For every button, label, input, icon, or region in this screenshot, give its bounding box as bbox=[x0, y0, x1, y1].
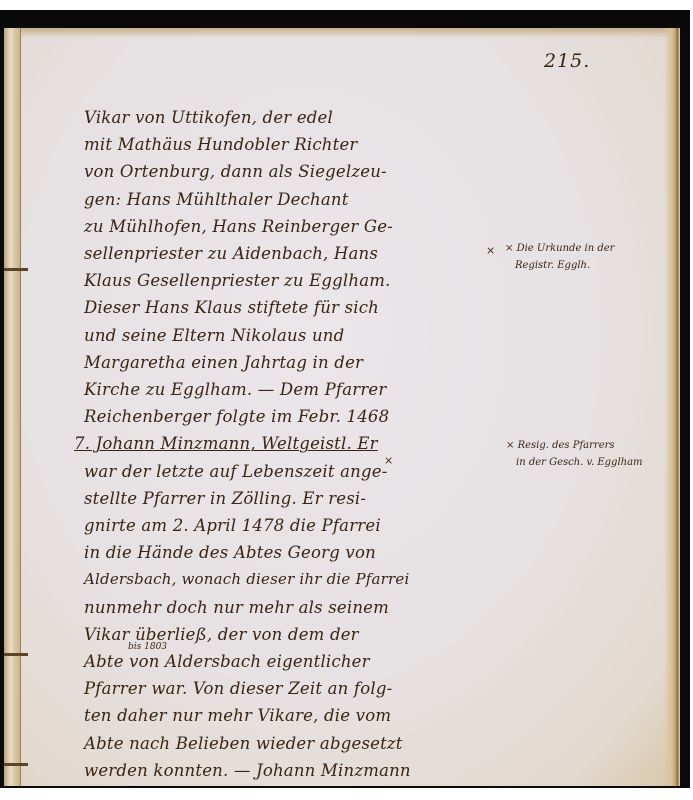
book-binding bbox=[4, 28, 21, 786]
cross-reference-mark-icon: × bbox=[486, 244, 495, 257]
binding-stitch bbox=[4, 763, 28, 766]
cross-reference-mark-icon: × bbox=[384, 454, 393, 467]
page-number: 215. bbox=[544, 50, 590, 72]
text-line: mit Mathäus Hundobler Richter bbox=[84, 131, 524, 158]
page-right-edge bbox=[664, 28, 680, 786]
interlinear-note: bis 1803 bbox=[128, 642, 167, 652]
text-line: sellenpriester zu Aidenbach, Hans bbox=[84, 240, 524, 267]
text-line: Dieser Hans Klaus stiftete für sich bbox=[84, 294, 524, 321]
text-line: Reichenberger folgte im Febr. 1468 bbox=[84, 403, 524, 430]
text-line: Aldersbach, wonach dieser ihr die Pfarre… bbox=[84, 566, 524, 593]
margin-note: × Die Urkunde in der Registr. Egglh. bbox=[505, 240, 614, 274]
text-line: Pfarrer war. Von dieser Zeit an folg- bbox=[84, 675, 524, 702]
text-line: war der letzte auf Lebenszeit ange- bbox=[84, 458, 524, 485]
text-line: zu Mühlhofen, Hans Reinberger Ge- bbox=[84, 213, 524, 240]
text-line: Margaretha einen Jahrtag in der bbox=[84, 349, 524, 376]
text-line: in die Hände des Abtes Georg von bbox=[84, 539, 524, 566]
text-line: Klaus Gesellenpriester zu Egglham. bbox=[84, 267, 524, 294]
text-line: Abte von Aldersbach eigentlicher bbox=[84, 648, 524, 675]
numbered-entry-heading: 7. Johann Minzmann, Weltgeistl. Er bbox=[74, 430, 524, 457]
binding-stitch bbox=[4, 653, 28, 656]
text-line: gnirte am 2. April 1478 die Pfarrei bbox=[84, 512, 524, 539]
margin-note-line: Die Urkunde in der bbox=[517, 243, 615, 254]
text-line: gen: Hans Mühlthaler Dechant bbox=[84, 186, 524, 213]
text-line: und seine Eltern Nikolaus und bbox=[84, 322, 524, 349]
manuscript-body: Vikar von Uttikofen, der edel mit Mathäu… bbox=[84, 104, 524, 784]
text-line: ten daher nur mehr Vikare, die vom bbox=[84, 702, 524, 729]
note-marker-icon: × bbox=[506, 440, 514, 451]
text-line: Kirche zu Egglham. — Dem Pfarrer bbox=[84, 376, 524, 403]
text-line: stellte Pfarrer in Zölling. Er resi- bbox=[84, 485, 524, 512]
page-top-edge bbox=[4, 28, 680, 38]
text-line: von Ortenburg, dann als Siegelzeu- bbox=[84, 158, 524, 185]
note-marker-icon: × bbox=[505, 243, 513, 254]
margin-note-line: Registr. Egglh. bbox=[515, 260, 590, 271]
margin-note-line: in der Gesch. v. Egglham bbox=[516, 457, 643, 468]
text-line: nunmehr doch nur mehr als seinem bbox=[84, 594, 524, 621]
binding-stitch bbox=[4, 268, 28, 271]
text-line: Vikar von Uttikofen, der edel bbox=[84, 104, 524, 131]
text-line: Abte nach Belieben wieder abgesetzt bbox=[84, 730, 524, 757]
margin-note: × Resig. des Pfarrers in der Gesch. v. E… bbox=[506, 437, 643, 471]
text-line: werden konnten. — Johann Minzmann bbox=[84, 757, 524, 784]
margin-note-line: Resig. des Pfarrers bbox=[518, 440, 615, 451]
